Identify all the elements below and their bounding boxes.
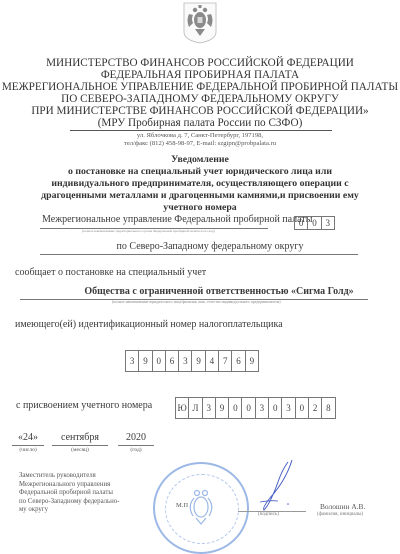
code-digit: 3 [322,217,334,229]
tin-digit: 6 [166,351,179,371]
tin-digit: 9 [139,351,152,371]
account-char: 0 [229,398,242,418]
short-name-line: (МРУ Пробирная палата России по СЗФО) [0,117,400,130]
tin-digit: 3 [179,351,192,371]
signatory-position: Заместитель руководителя Межрегиональног… [19,472,119,515]
stamp-emblem-icon [185,488,217,526]
date-month: сентября [52,432,108,445]
stamp-place-label: М.П [176,502,188,509]
account-char: 0 [269,398,282,418]
month-caption: (месяц) [52,446,108,455]
position-line: Федеральной пробирной палаты [19,489,119,498]
coat-of-arms-emblem [182,2,218,42]
authority-code-boxes: 0 0 3 [294,216,335,230]
position-line: му округу [19,506,119,515]
account-char: 3 [203,398,216,418]
authority-cont-underline [40,254,358,255]
code-digit: 0 [308,217,321,229]
reports-text: сообщает о постановке на специальный уче… [15,267,206,280]
tin-digit: 0 [153,351,166,371]
contacts-line: тел/факс (812) 458-98-97, E-mail: szgipn… [0,139,400,148]
entity-caption: (полное наименование юридического лица/ф… [112,300,281,304]
authority-name: Межрегиональное управление Федеральной п… [42,214,312,227]
tin-digit: 9 [246,351,258,371]
official-stamp [153,462,249,554]
ministry-line: МИНИСТЕРСТВО ФИНАНСОВ РОССИЙСКОЙ ФЕДЕРАЦ… [0,57,400,70]
account-label: с присвоением учетного номера [16,400,152,413]
account-number-boxes: Ю Л 3 9 0 0 3 0 3 0 2 8 [175,397,336,419]
title-line-1: о постановке на специальный учет юридиче… [0,166,400,179]
title-line-4: учетного номера [0,202,400,215]
account-char: 0 [242,398,255,418]
title-line-3: драгоценными металлами и драгоценными ка… [0,190,400,203]
tin-digit: 4 [206,351,219,371]
account-char: 3 [256,398,269,418]
date-year: 2020 [118,432,154,445]
position-line: Заместитель руководителя [19,472,119,481]
tin-label: имеющего(ей) идентификационный номер нал… [15,319,283,332]
authority-caption: (полное наименование территориального ор… [82,229,215,233]
title-line-2: индивидуального предпринимателя, осущест… [0,178,400,191]
position-line: Межрегионального управления [19,481,119,490]
district-line: ПО СЕВЕРО-ЗАПАДНОМУ ФЕДЕРАЛЬНОМУ ОКРУГУ [0,93,400,106]
authority-name-continued: по Северо-Западному федеральному округу [0,241,400,254]
day-caption: (число) [12,446,44,455]
tin-digit: 7 [219,351,232,371]
position-line: по Северо-Западному федерально- [19,498,119,507]
account-char: 9 [216,398,229,418]
document-title: Уведомление [0,154,400,167]
tin-digit: 9 [192,351,205,371]
ministry-affiliation-line: ПРИ МИНИСТЕРСТВЕ ФИНАНСОВ РОССИЙСКОЙ ФЕД… [0,105,400,118]
tin-boxes: 3 9 0 6 3 9 4 7 6 9 [125,350,259,372]
year-caption: (год) [118,446,154,455]
account-char: 0 [296,398,309,418]
handwritten-signature [248,460,296,515]
tin-digit: 6 [232,351,245,371]
chamber-line: ФЕДЕРАЛЬНАЯ ПРОБИРНАЯ ПАЛАТА [0,69,400,82]
signer-caption: (фамилия, инициалы) [317,512,363,517]
account-char: Л [189,398,202,418]
account-char: 2 [309,398,322,418]
signer-name: Волошин А.В. [320,502,365,511]
department-line: МЕЖРЕГИОНАЛЬНОЕ УПРАВЛЕНИЕ ФЕДЕРАЛЬНОЙ П… [0,81,400,94]
account-char: 8 [322,398,334,418]
tin-digit: 3 [126,351,139,371]
date-day: «24» [12,432,44,445]
code-digit: 0 [295,217,308,229]
account-char: Ю [176,398,189,418]
entity-name: Общества с ограниченной ответственностью… [0,286,400,299]
account-char: 3 [282,398,295,418]
